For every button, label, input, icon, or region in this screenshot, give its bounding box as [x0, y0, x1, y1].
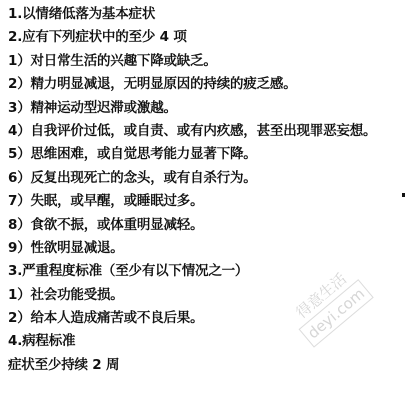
symptom-item-1: 1）对日常生活的兴趣下降或缺乏。	[8, 50, 403, 73]
criterion-4-heading: 4.病程标准	[8, 330, 403, 353]
symptom-item-7: 7）失眠，或早醒，或睡眠过多。	[8, 190, 403, 213]
stray-dot-mark	[402, 193, 405, 197]
criterion-3-heading: 3.严重程度标准（至少有以下情况之一）	[8, 260, 403, 283]
symptom-item-9: 9）性欲明显减退。	[8, 237, 403, 260]
duration-text: 症状至少持续 2 周	[8, 354, 403, 377]
severity-item-2: 2）给本人造成痛苦或不良后果。	[8, 307, 403, 330]
symptom-item-5: 5）思维困难，或自觉思考能力显著下降。	[8, 143, 403, 166]
symptom-item-6: 6）反复出现死亡的念头，或有自杀行为。	[8, 167, 403, 190]
symptom-item-3: 3）精神运动型迟滞或激越。	[8, 97, 403, 120]
document-body: 1.以情绪低落为基本症状 2.应有下列症状中的至少 4 项 1）对日常生活的兴趣…	[8, 3, 403, 377]
symptom-item-8: 8）食欲不振，或体重明显减轻。	[8, 214, 403, 237]
severity-item-1: 1）社会功能受损。	[8, 284, 403, 307]
criterion-2-heading: 2.应有下列症状中的至少 4 项	[8, 26, 403, 49]
criterion-1-heading: 1.以情绪低落为基本症状	[8, 3, 403, 26]
symptom-item-2: 2）精力明显减退，无明显原因的持续的疲乏感。	[8, 73, 403, 96]
symptom-item-4: 4）自我评价过低，或自责、或有内疚感，甚至出现罪恶妄想。	[8, 120, 403, 143]
